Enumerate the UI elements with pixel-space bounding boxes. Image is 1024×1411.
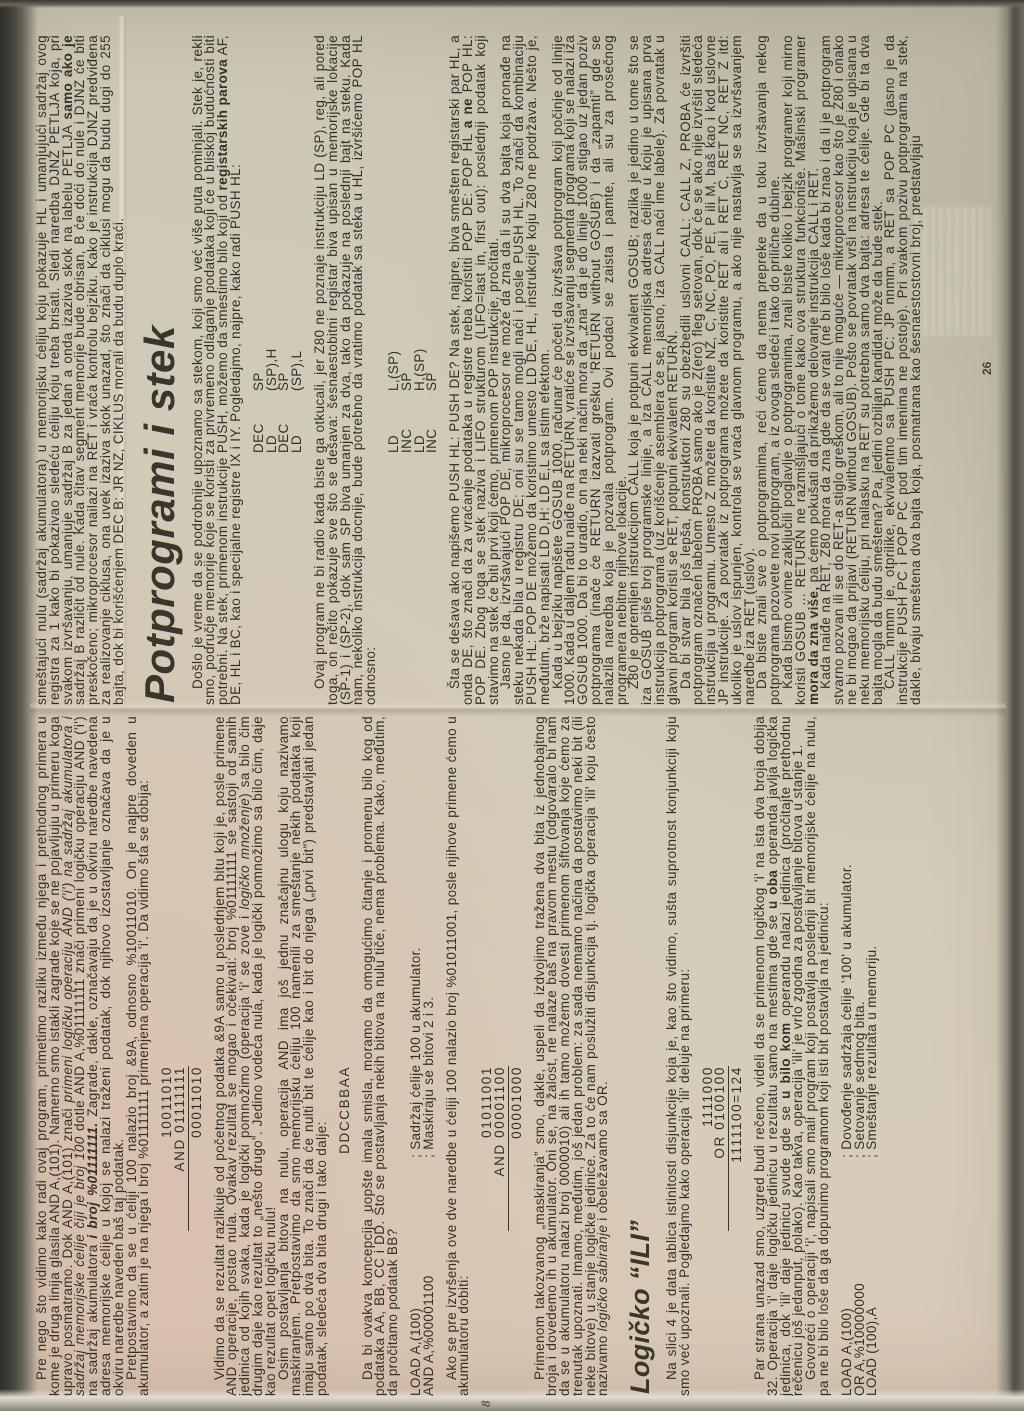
left-page: Pre nego što vidimo kako radi ovaj progr… [36, 716, 1016, 1396]
binary-line: 00011010 [191, 1066, 204, 1231]
code-line: INCSP [426, 35, 439, 453]
paragraph: Da biste znali sve o potprogramima, reći… [756, 35, 782, 705]
binary-line: 1111100=124 [731, 1066, 744, 1231]
scanned-magazine-page: Pre nego što vidimo kako radi ovaj progr… [0, 0, 1024, 1411]
paragraph: Kada naiđe na RET, Z80 mora da zna gde d… [820, 35, 884, 705]
paragraph: Pretpostavimo da se u ćeliji 100 nalazio… [126, 716, 152, 1396]
paragraph: Primenom takozvanog „maskiranja” smo, da… [534, 716, 611, 1396]
paragraph: Kada bismo ovime zaključili poglavlje o … [782, 35, 820, 705]
section-heading: Logičko “ILI” [626, 716, 656, 1394]
paragraph: Pre nego što vidimo kako radi ovaj progr… [36, 716, 126, 1396]
code-line: LD(SP),L [291, 35, 304, 453]
binary-line: AND 00001100 [494, 1066, 509, 1231]
paragraph: Osim postavljanja bitova na nulu, operac… [278, 716, 329, 1396]
paragraph: Na slici 4 je data tablica istinitosti d… [666, 716, 692, 1396]
binary-line: AND 01111111 [174, 1066, 189, 1231]
code-line: AND A,%00001100; Maskiraju se bitovi 2 i… [423, 716, 436, 1396]
binary-line: DDCCBBAA [339, 1066, 352, 1231]
paragraph: Jasno je da, izvršavajući POP DE, mikrop… [500, 35, 551, 705]
paragraph: Z80 je opremljen instrukcijom CALL koja … [628, 35, 679, 705]
paragraph: Ovaj program ne bi radio kada biste ga o… [314, 35, 378, 705]
binary-line: OR 0100100 [714, 1066, 729, 1231]
paragraph: smeštajući nulu (sadržaj akumulatora) u … [36, 35, 126, 705]
article-title: Potprogrami i stek [138, 35, 182, 703]
paragraph: Govoreći o operaciji 'i', napisali smo m… [805, 716, 831, 1396]
paragraph: Šta se dešava ako napišemo PUSH HL: PUSH… [449, 35, 500, 705]
paragraph: Ako se pre izvršenja ove dve naredbe u ć… [446, 716, 472, 1396]
scan-shadow-right [0, 0, 1024, 8]
paragraph: Vidimo da se rezultat razlikuje od počet… [214, 716, 278, 1396]
code-listing: DECSPLD(SP),HDECSPLD(SP),L [253, 35, 304, 453]
binary-arithmetic: 1111000OR 01001001111100=124 [702, 1066, 744, 1231]
paragraph: Par strana unazad smo, uzgred budi rečen… [754, 716, 805, 1396]
right-page: smeštajući nulu (sadržaj akumulatora) u … [36, 35, 1016, 705]
code-listing: LOAD A,(100); Dovođenje sadržaja ćelije … [841, 716, 879, 1396]
paragraph: Kada u bejziku napišete GOSUB 1000, raču… [552, 35, 629, 705]
paragraph: Došlo je vreme da se podrobnije upoznamo… [192, 35, 243, 705]
page-number: 26 [980, 362, 994, 375]
magazine-spread: Pre nego što vidimo kako radi ovaj progr… [0, 0, 1024, 1411]
binary-line: 00001000 [511, 1066, 524, 1231]
binary-arithmetic: 10011010AND 0111111100011010 [161, 1066, 203, 1231]
under-page-number: 8 [478, 1401, 494, 1408]
paragraph: Da bi stvar bila još lepša, konstruktori… [680, 35, 757, 705]
binary-arithmetic: 01011001AND 0000110000001000 [481, 1066, 523, 1231]
code-line: LOAD (100),A; Smeštanje rezultata u memo… [866, 716, 879, 1396]
code-listing: LDL,(SP)INCSPLDH,(SP)INCSP [388, 35, 439, 453]
binary-arithmetic: DDCCBBAA [339, 1066, 352, 1231]
paragraph: CALL nnmm je, otprilike, ekvivalentno sa… [884, 35, 922, 705]
paragraph: Da bi ovakva koncepcija uopšte imala smi… [362, 716, 400, 1396]
code-listing: LOAD A,(100); Sadržaj ćelije 100 u akumu… [410, 716, 436, 1396]
